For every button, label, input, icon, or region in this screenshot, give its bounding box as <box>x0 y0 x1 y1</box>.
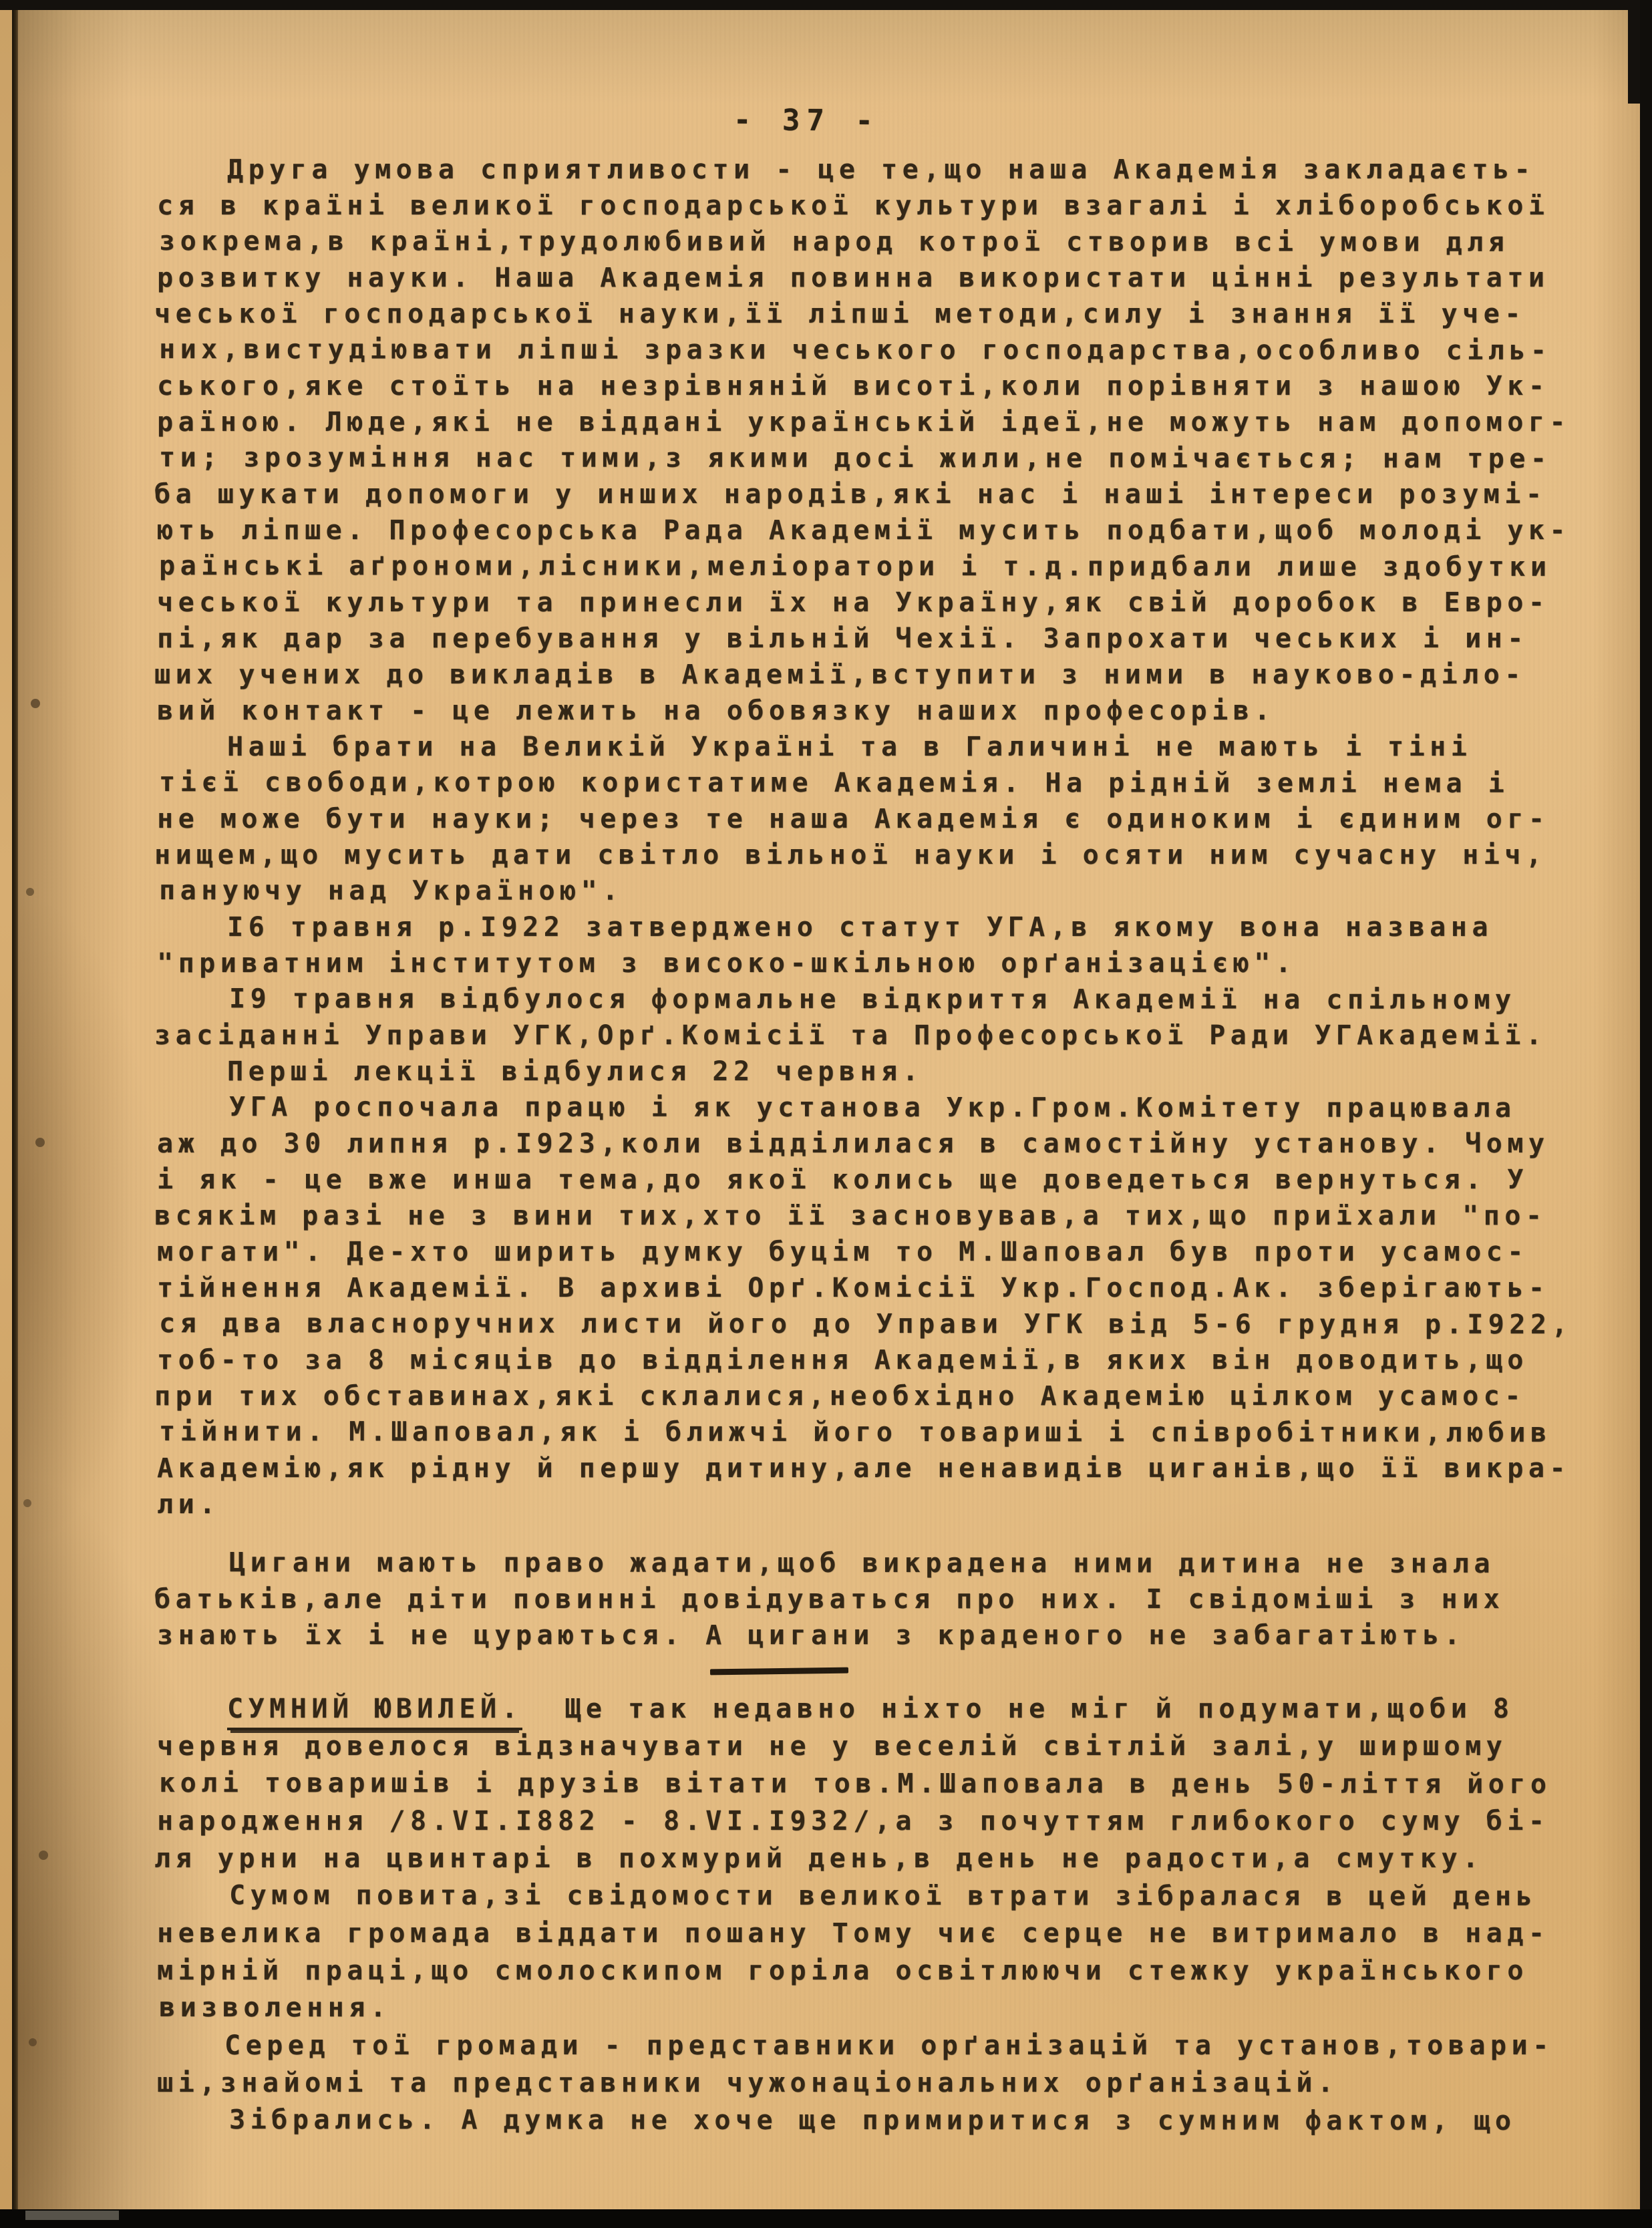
text-line: зокрема,в країні,трудолюбивий народ котр… <box>159 223 1615 261</box>
section-divider <box>710 1667 848 1676</box>
text-line: тієї свободи,котрою користатиме Академія… <box>159 764 1615 802</box>
text-line: аж до 30 липня р.І923,коли відділилася в… <box>157 1126 1613 1162</box>
text-line: народження /8.VІ.І882 - 8.VІ.І932/,а з п… <box>157 1802 1613 1840</box>
scan-bottom-glint <box>25 2211 119 2220</box>
scan-edge-bottom <box>0 2209 1652 2228</box>
text-line: І9 травня відбулося формальне відкриття … <box>159 981 1615 1018</box>
text-line: них,вистудіювати ліпші зразки чеського г… <box>159 331 1615 369</box>
text-line: ють ліпше. Професорська Рада Академії му… <box>157 512 1613 548</box>
text-line: ти; зрозуміння нас тими,з якими досі жил… <box>159 440 1615 477</box>
text-line: не може бути науки; через те наша Академ… <box>157 801 1613 837</box>
text-line: чеської господарської науки,її ліпші мет… <box>154 296 1611 332</box>
text-line: чеської культури та принесли їх на Украї… <box>157 585 1613 621</box>
page-number: - 37 - <box>733 103 880 138</box>
text-line: засіданні Управи УГК,Орґ.Комісії та Проф… <box>154 1017 1611 1054</box>
text-line: СУМНИЙ ЮВИЛЕЙ. Ще так недавно ніхто не м… <box>157 1690 1613 1728</box>
text-line: Серед тої громади - представники орґаніз… <box>154 2027 1611 2064</box>
text-line: колі товаришів і друзів вітати тов.М.Шап… <box>159 1764 1615 1803</box>
text-line: ся два власноручних листи його до Управи… <box>159 1305 1615 1343</box>
text-line: знають їх і не цураються. А цигани з кра… <box>157 1617 1613 1653</box>
jubilee-heading: СУМНИЙ ЮВИЛЕЙ. <box>227 1694 522 1730</box>
text-line: Наші брати на Великій Україні та в Галич… <box>157 729 1613 765</box>
scan-edge-top <box>0 0 1652 10</box>
text-line: Зібрались. А думка не хоче ще примиритис… <box>159 2101 1615 2140</box>
text-line: пі,як дар за перебування у вільній Чехії… <box>157 621 1613 657</box>
text-line: ші,знайомі та представники чужонаціональ… <box>157 2064 1613 2102</box>
text-line: Академію,як рідну й першу дитину,але нен… <box>157 1450 1613 1486</box>
text-line: і як - це вже инша тема,до якої колись щ… <box>157 1162 1613 1198</box>
text-line: Перші лекції відбулися 22 червня. <box>157 1054 1613 1090</box>
text-line: всякім разі не з вини тих,хто її заснову… <box>154 1198 1611 1234</box>
main-text-block: Друга умова сприятливости - це те,що наш… <box>157 152 1613 1653</box>
text-line: ся в країні великої господарської культу… <box>157 188 1613 224</box>
text-line: Цигани мають право жадати,щоб викрадена … <box>159 1545 1615 1582</box>
text-line: визволення. <box>159 1989 1615 2028</box>
text-line: червня довелося відзначувати не у веселі… <box>157 1728 1613 1765</box>
text-line: розвитку науки. Наша Академія повинна ви… <box>157 260 1613 296</box>
text-line: мірній праці,що смолоскипом горіла освіт… <box>157 1952 1613 1990</box>
text-line: УГА роспочала працю і як установа Укр.Гр… <box>159 1089 1615 1126</box>
text-line: невелика громада віддати пошану Тому чиє… <box>157 1915 1613 1952</box>
sad-jubilee-section: СУМНИЙ ЮВИЛЕЙ. Ще так недавно ніхто не м… <box>157 1690 1613 2139</box>
text-line: ли. <box>157 1486 1613 1523</box>
text-line: батьків,але діти повинні довідуваться пр… <box>154 1581 1611 1617</box>
text-line: тійнити. М.Шаповал,як і ближчі його това… <box>159 1414 1615 1451</box>
text-line: могати". Де-хто ширить думку буцім то М.… <box>157 1234 1613 1270</box>
scan-edge-right <box>1640 0 1652 2228</box>
document-page: - 37 - Друга умова сприятливости - це те… <box>18 10 1640 2209</box>
text-line: ших учених до викладів в Академії,вступи… <box>154 657 1611 693</box>
document-text: Друга умова сприятливости - це те,що наш… <box>157 152 1613 2139</box>
adjacent-page-sliver <box>0 8 13 2211</box>
text-line: нищем,що мусить дати світло вільної наук… <box>154 837 1611 873</box>
text-line: ба шукати допомоги у инших народів,які н… <box>154 476 1611 512</box>
text-line: ського,яке стоїть на незрівняній висоті,… <box>157 368 1613 404</box>
text-line: ля урни на цвинтарі в похмурий день,в де… <box>154 1840 1611 1877</box>
text-line: І6 травня р.І922 затверджено статут УГА,… <box>157 909 1613 945</box>
text-line: раїною. Люде,які не віддані українській … <box>157 404 1613 440</box>
text-line: тоб-то за 8 місяців до відділення Академ… <box>157 1342 1613 1378</box>
text-line: раїнські аґрономи,лісники,меліоратори і … <box>159 548 1615 585</box>
text-line: вий контакт - це лежить на обовязку наши… <box>157 693 1613 729</box>
text-line: при тих обставинах,які склалися,необхідн… <box>154 1378 1611 1414</box>
text-line: пануючу над Україною". <box>159 872 1615 910</box>
text-line: тійнення Академії. В архиві Орґ.Комісії … <box>157 1270 1613 1306</box>
text-line: Друга умова сприятливости - це те,що наш… <box>157 152 1613 188</box>
text-line: "приватним інститутом з високо-шкільною … <box>157 945 1613 981</box>
text-line: Сумом повита,зі свідомости великої втрат… <box>159 1877 1615 1915</box>
